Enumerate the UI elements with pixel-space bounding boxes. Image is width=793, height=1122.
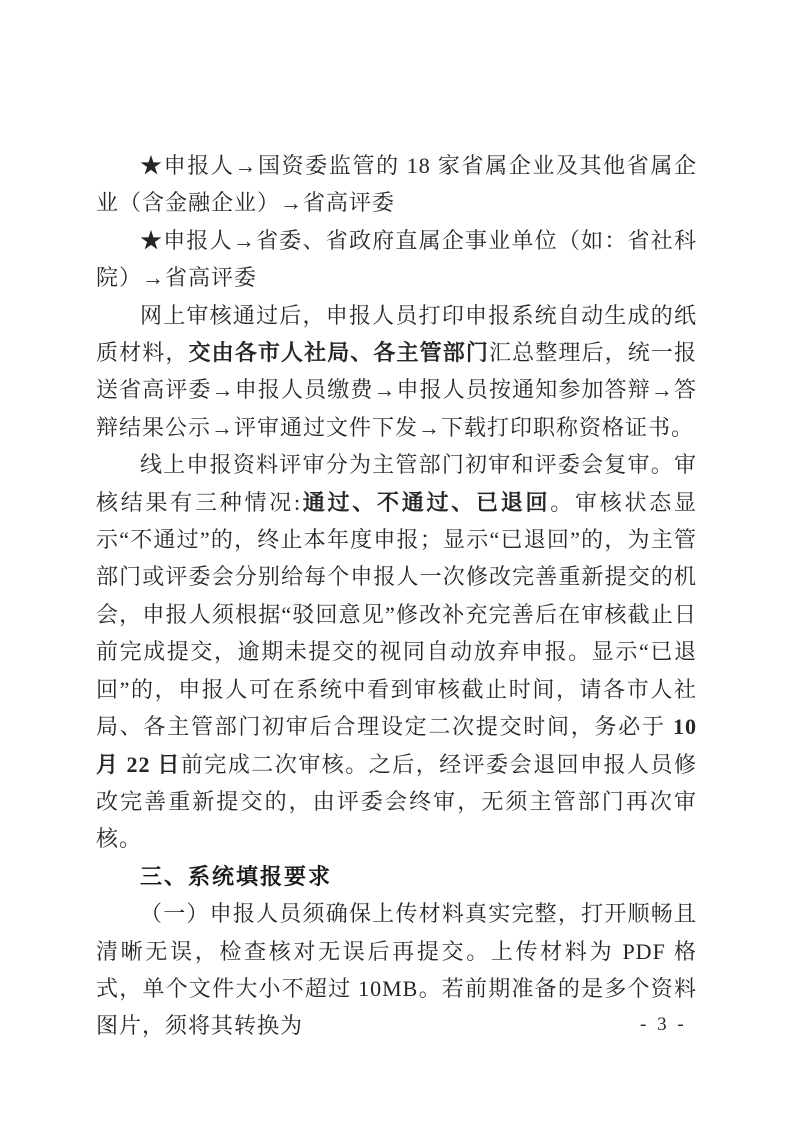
text-segment: 通过、不通过、已退回 <box>301 490 550 515</box>
paragraph: ★申报人→省委、省政府直属企事业单位（如：省社科院）→省高评委 <box>96 222 697 297</box>
paragraph: （一）申报人员须确保上传材料真实完整，打开顺畅且清晰无误，检查核对无误后再提交。… <box>96 895 697 1045</box>
paragraph: 网上审核通过后，申报人员打印申报系统自动生成的纸质材料，交由各市人社局、各主管部… <box>96 297 697 447</box>
paragraph: 线上申报资料评审分为主管部门初审和评委会复审。审核结果有三种情况:通过、不通过、… <box>96 446 697 857</box>
document-body: ★申报人→国资委监管的 18 家省属企业及其他省属企业（含金融企业）→省高评委★… <box>96 147 697 1045</box>
text-segment: （一）申报人员须确保上传材料真实完整，打开顺畅且清晰无误，检查核对无误后再提交。… <box>96 901 697 1038</box>
section-heading: 三、系统填报要求 <box>96 858 697 895</box>
text-segment: ★申报人→国资委监管的 18 家省属企业及其他省属企业（含金融企业）→省高评委 <box>96 153 697 215</box>
paragraph: ★申报人→国资委监管的 18 家省属企业及其他省属企业（含金融企业）→省高评委 <box>96 147 697 222</box>
text-segment: 交由各市人社局、各主管部门 <box>188 340 489 365</box>
text-segment: 。审核状态显示“不通过”的，终止本年度申报；显示“已退回”的，为主管部门或评委会… <box>96 490 697 739</box>
page-number: - 3 - <box>640 1014 687 1036</box>
text-segment: ★申报人→省委、省政府直属企事业单位（如：省社科院）→省高评委 <box>96 228 697 290</box>
document-page: ★申报人→国资委监管的 18 家省属企业及其他省属企业（含金融企业）→省高评委★… <box>0 0 793 1122</box>
text-segment: 三、系统填报要求 <box>140 864 332 889</box>
text-segment: 前完成二次审核。之后，经评委会退回申报人员修改完善重新提交的，由评委会终审，无须… <box>96 752 697 852</box>
